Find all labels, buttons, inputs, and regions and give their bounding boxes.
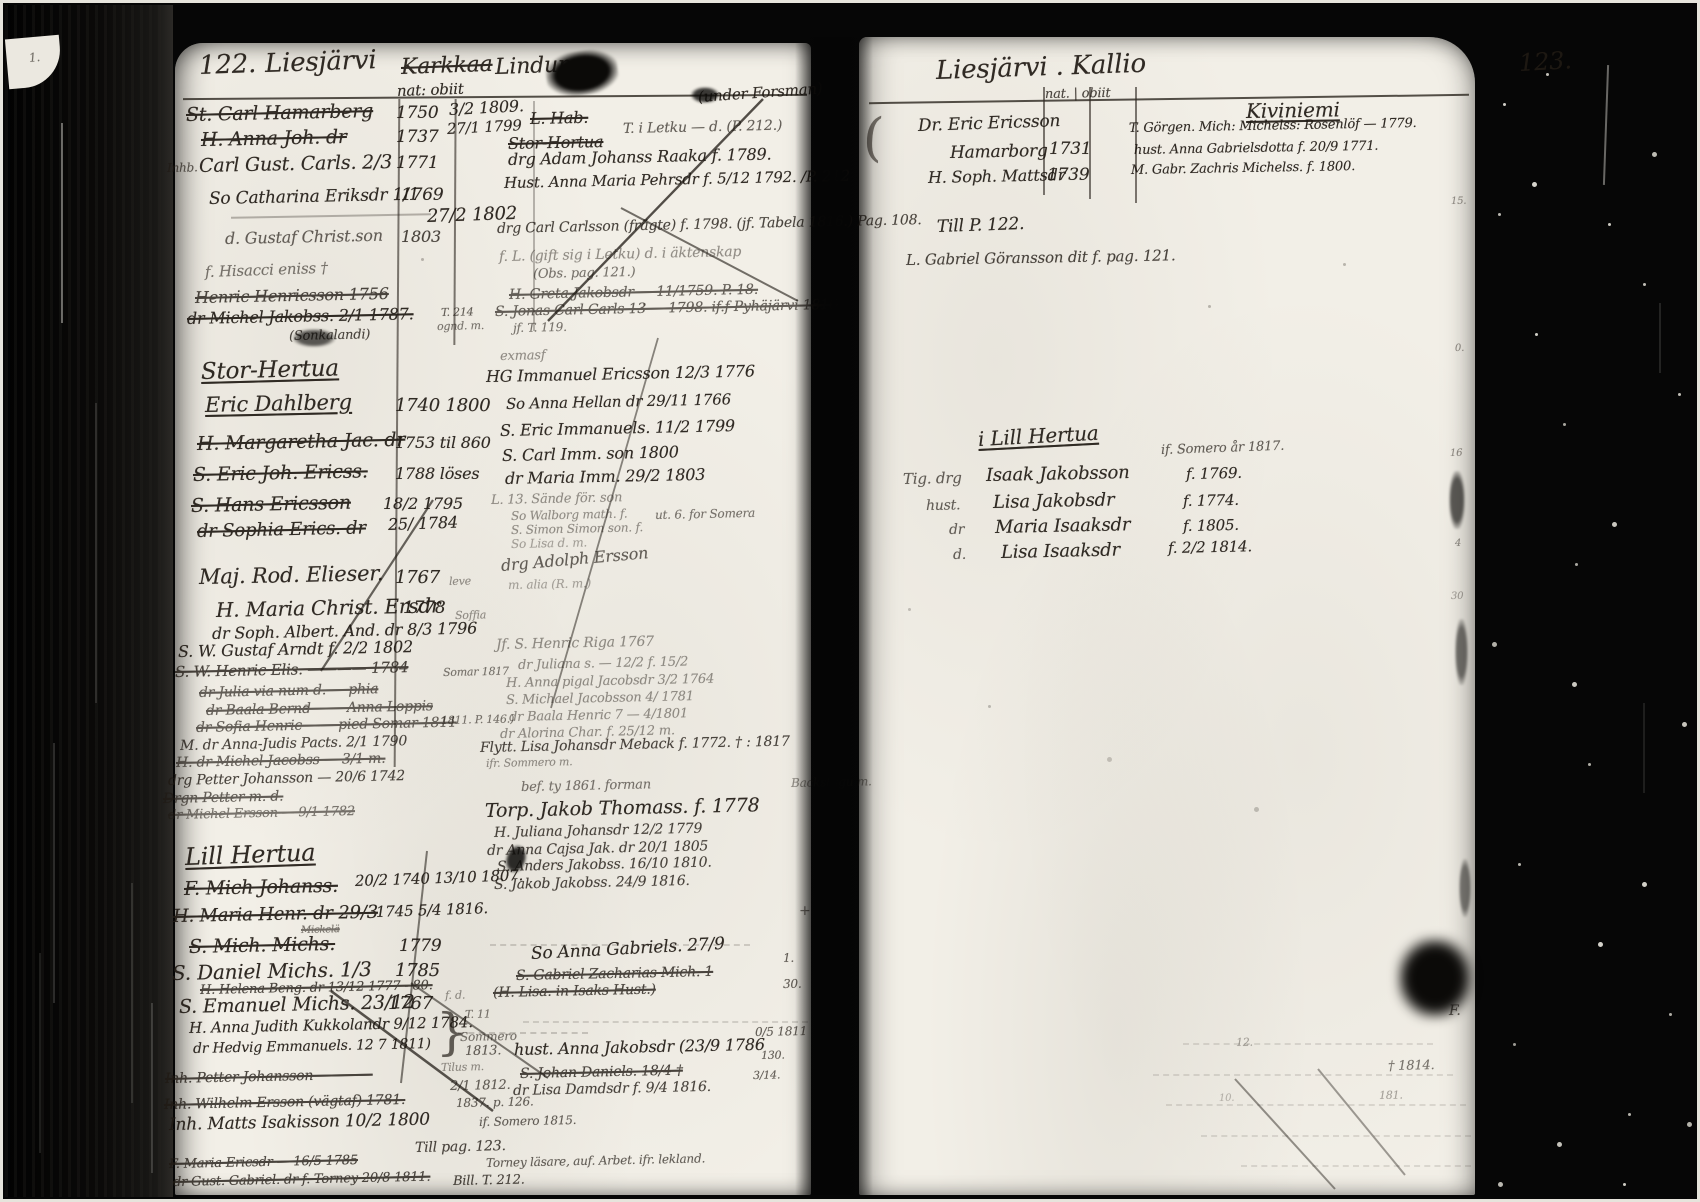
date-value: 18/2 1795 [383,494,463,513]
record-line-struck: dr Sophia Erics. dr [197,517,366,542]
edge-mark: 30 [1451,591,1464,602]
margin-note: (Obs. pag. 121.) [533,265,636,282]
film-scratch [151,1003,153,1173]
date-value: 1788 löses [395,464,479,483]
faint-line: leve [449,575,471,588]
column-labels: nat: obiit [397,80,464,100]
film-scratch [95,403,97,703]
margin-note: 1813. [465,1043,502,1059]
bleed-through-rule [1183,1043,1433,1045]
film-scratch [1659,303,1661,373]
film-scratch [61,123,63,323]
date-value: 2/1 1812. [450,1078,511,1094]
record-line: Maria Isaaksdr [995,514,1131,538]
record-line: S. Carl Imm. son 1800 [502,442,679,465]
faint-line: ifr. Sommero m. [486,755,573,770]
edge-mark: 15. [1451,196,1467,207]
record-line: Carl Gust. Carls. 2/3 [199,151,393,177]
right-page [859,37,1475,1195]
date-value: f. 1805. [1183,516,1239,535]
bleed-through-rule [1241,1165,1471,1167]
film-scratch [53,743,55,1003]
bleed-through-rule [1153,1074,1453,1076]
record-line: Isaak Jakobsson [986,462,1130,486]
register-title-struck: Karkkaa [401,52,493,80]
date-value: 1731 [1049,139,1091,159]
record-line-struck: H. Maria Henr. dr 29/3 [173,902,378,927]
record-line: d. Gustaf Christ.son [225,226,383,248]
date-value: 1771 [396,153,438,173]
section-heading: Stor-Hertua [201,355,339,385]
reference-note: Till P. 122. [937,214,1025,237]
ink-blot [691,87,719,103]
scanned-register-spread: 122. Liesjärvi Karkkaa Lindum nat: obiit… [0,0,1700,1202]
margin-note: Tilus m. [441,1060,484,1074]
margin-note: T. i Letku — d. (P. 212.) [623,118,782,137]
date-value: 1740 1800 [395,395,491,416]
margin-note: 1811. P. 146.) [441,712,514,727]
bleed-through-rule [1201,1135,1471,1137]
margin-note: f. d. [445,989,465,1002]
margin-note: T. 11 [465,1007,491,1021]
margin-note: Inhb. [167,160,198,175]
record-line: H. Anna Joh. dr [201,126,347,151]
margin-note: jf. T. 119. [513,320,567,335]
date-value: 1750 [396,103,438,123]
date-value: 1767 [395,567,440,588]
record-line-struck: H. Margaretha Jac. dr [197,429,406,455]
record-line: Lisa Isaaksdr [1001,540,1120,563]
date-value: 1739 [1047,165,1089,185]
role-label: dr [949,522,965,538]
film-noise [1503,103,1506,106]
margin-note: 1837. p. 126. [456,1094,534,1110]
faint-line: m. alia (R. m.) [508,576,591,592]
margin-note: if. Somero 1815. [479,1113,577,1129]
film-scratch [39,953,41,1153]
record-line: Eric Dahlberg [205,390,352,417]
date-value: f. 1769. [1186,464,1242,483]
film-scratch [1603,65,1609,185]
date-value: 1778 [403,598,445,618]
faint-line: bef. ty 1861. forman [521,777,651,795]
record-line-struck: S. Mich. Michs. [189,933,336,958]
faint-number: 10. [1219,1093,1235,1104]
reference-note: Till pag. 123. [415,1138,506,1156]
page-gutter-shadow [795,37,873,1195]
faint-number: 12. [1236,1036,1253,1049]
edge-mark: 4 [1455,538,1461,549]
page-number-right: 123. [1518,46,1572,77]
role-label: Tig. drg [903,469,962,488]
section-heading: Lill Hertua [185,838,316,871]
margin-number: 1. [783,951,794,965]
faint-number: † 1814. [1388,1058,1435,1074]
edge-mark: 0. [1455,343,1464,354]
record-line-struck: (H. Lisa. in Isaks Hust.) [493,982,656,1001]
margin-number: 130. [761,1049,785,1062]
date-value: f. 2/2 1814. [1168,537,1252,557]
edge-stain [1459,859,1471,917]
role-label: hust. [926,497,961,514]
faint-line: L. 13. Sände för. son [491,490,623,508]
book-spine [5,5,173,1197]
margin-note: ognd. m. [437,319,484,333]
record-line-struck: S. Hans Ericsson [191,492,351,517]
faint-line: S. Simon Simon son. f. [511,520,643,537]
date-value: 1753 til 860 [395,433,491,452]
ink-blot [293,329,335,347]
date-value: 1767 [388,993,433,1014]
column-labels: nat. | obiit [1045,86,1111,102]
date-value: 1779 [399,936,441,956]
margin-number: 3/14. [753,1068,780,1082]
record-line: St. Carl Hamarberg [186,100,374,126]
margin-note: Sommero [460,1029,517,1044]
record-line-struck: F. Mich Johanss. [184,875,338,900]
margin-note: Somar 1817 [443,665,509,679]
edge-stain [1455,619,1468,685]
corner-mark: 1. [28,50,40,65]
bleed-through-rule [1166,1104,1466,1106]
film-scratch [131,883,133,1103]
margin-note: T. 214 [441,305,474,319]
faint-number: 181. [1379,1089,1403,1102]
page-number-left: 122. [198,49,256,81]
date-value: 1769 [401,185,443,205]
register-title-left: Liesjärvi [264,45,376,79]
date-value: f. 1774. [1183,491,1239,510]
margin-note: exmasf [500,348,546,364]
date-value: 25/ 1784 [388,513,459,534]
edge-mark: 16 [1450,448,1463,459]
film-scratch [1643,703,1645,793]
record-line: H. Soph. Mattsdr [928,165,1065,187]
note-struck: L. Hab. [530,108,589,128]
date-value: 1737 [396,127,438,147]
continuation-dashes [523,1021,808,1023]
role-label: d. [953,547,966,563]
margin-note: ut. 6. for Somera [655,506,755,522]
edge-stain [1449,471,1465,529]
record-line: Maj. Rod. Elieser. [199,561,384,589]
record-line: Hamarborg [950,141,1048,163]
record-line-struck: Henric Henricsson 1756 [195,284,389,307]
date-value: 1803 [401,227,441,246]
stain [1397,937,1473,1019]
faint-line: Jf. S. Henric Riga 1767 [496,634,654,653]
margin-note: Bill. T. 212. [453,1173,525,1189]
record-line-struck: S. Eric Joh. Ericss. [193,460,368,486]
record-line-struck: Drgn Petter m. d. [163,788,284,807]
record-line: Lisa Jakobsdr [993,489,1115,513]
